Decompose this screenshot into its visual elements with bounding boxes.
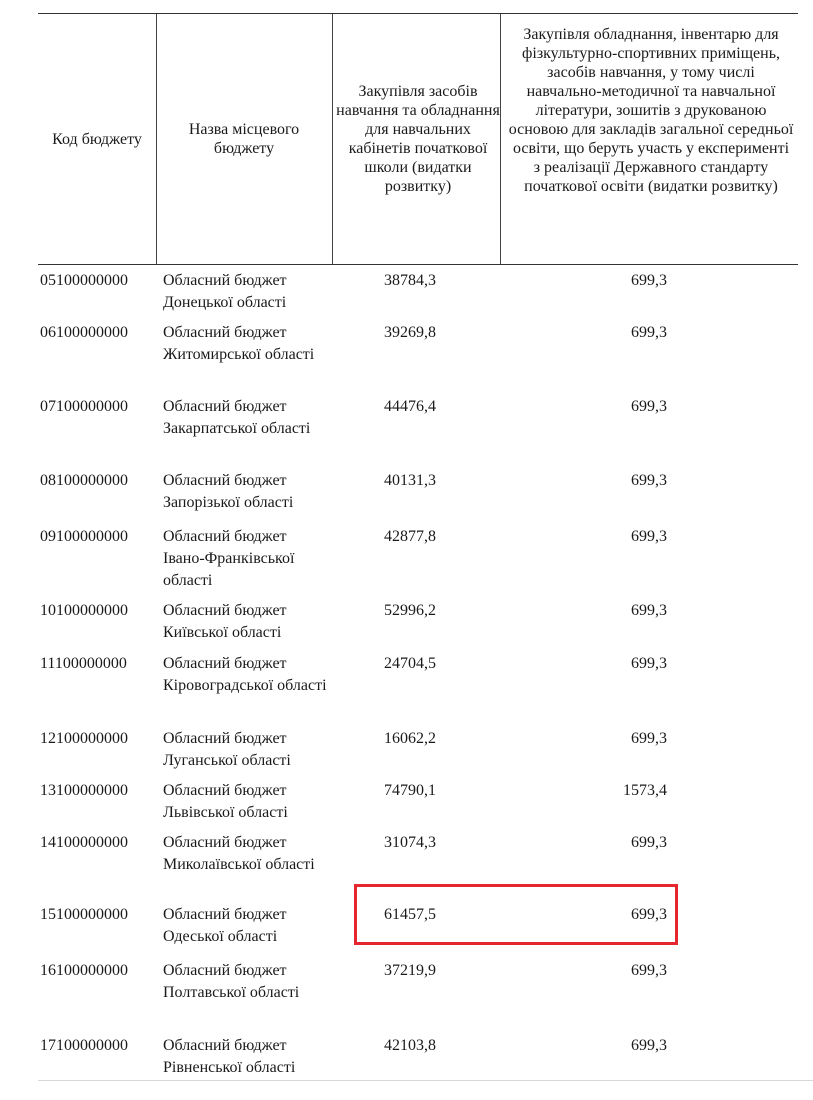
value-experiment: 1573,4 xyxy=(585,780,667,802)
budget-name: Обласний бюджет Миколаївської області xyxy=(163,832,328,876)
table-row: 08100000000 Обласний бюджет Запорізької … xyxy=(0,470,813,526)
table-row: 11100000000 Обласний бюджет Кіровоградсь… xyxy=(0,653,813,728)
scan-bottom-edge xyxy=(38,1080,813,1081)
table-row: 05100000000 Обласний бюджет Донецької об… xyxy=(0,270,813,322)
budget-code: 05100000000 xyxy=(40,270,128,292)
budget-code: 07100000000 xyxy=(40,396,128,418)
column-divider xyxy=(500,14,501,264)
value-experiment: 699,3 xyxy=(585,653,667,675)
budget-name: Обласний бюджет Луганської області xyxy=(163,728,328,772)
table-header: Код бюджету Назва місцевого бюджету Заку… xyxy=(38,14,798,264)
value-primary-school: 74790,1 xyxy=(384,780,436,802)
header-budget-name: Назва місцевого бюджету xyxy=(156,14,332,264)
budget-name: Обласний бюджет Рівненської області xyxy=(163,1035,328,1079)
budget-code: 17100000000 xyxy=(40,1035,128,1057)
value-experiment: 699,3 xyxy=(585,396,667,418)
value-experiment: 699,3 xyxy=(585,1035,667,1057)
table-row: 06100000000 Обласний бюджет Житомирської… xyxy=(0,322,813,396)
budget-name: Обласний бюджет Закарпатської області xyxy=(163,396,328,440)
budget-code: 14100000000 xyxy=(40,832,128,854)
value-primary-school: 38784,3 xyxy=(384,270,436,292)
budget-name: Обласний бюджет Житомирської області xyxy=(163,322,328,366)
value-primary-school: 16062,2 xyxy=(384,728,436,750)
table-row: 07100000000 Обласний бюджет Закарпатсько… xyxy=(0,396,813,470)
budget-code: 08100000000 xyxy=(40,470,128,492)
document-page: Код бюджету Назва місцевого бюджету Заку… xyxy=(0,0,813,1100)
table-row: 09100000000 Обласний бюджет Івано-Франкі… xyxy=(0,526,813,600)
header-primary-school-equipment: Закупівля засобів навчання та обладнання… xyxy=(332,14,504,264)
budget-code: 06100000000 xyxy=(40,322,128,344)
budget-name: Обласний бюджет Івано-Франківської облас… xyxy=(163,526,328,592)
budget-code: 10100000000 xyxy=(40,600,128,622)
value-primary-school: 37219,9 xyxy=(384,960,436,982)
budget-code: 11100000000 xyxy=(40,653,127,675)
budget-name: Обласний бюджет Київської області xyxy=(163,600,328,644)
value-experiment: 699,3 xyxy=(585,832,667,854)
table-row: 10100000000 Обласний бюджет Київської об… xyxy=(0,600,813,653)
budget-code: 09100000000 xyxy=(40,526,128,548)
header-sports-equipment-experiment: Закупівля обладнання, інвентарю для фізк… xyxy=(504,14,798,264)
budget-name: Обласний бюджет Львівської області xyxy=(163,780,328,824)
value-primary-school: 42103,8 xyxy=(384,1035,436,1057)
value-experiment: 699,3 xyxy=(585,526,667,548)
budget-name: Обласний бюджет Кіровоградської області xyxy=(163,653,328,697)
value-primary-school: 40131,3 xyxy=(384,470,436,492)
budget-code: 15100000000 xyxy=(40,904,128,926)
budget-name: Обласний бюджет Запорізької області xyxy=(163,470,328,514)
value-primary-school: 42877,8 xyxy=(384,526,436,548)
column-divider xyxy=(156,14,157,264)
value-experiment: 699,3 xyxy=(585,960,667,982)
header-bottom-rule xyxy=(38,264,798,265)
red-highlight-box xyxy=(354,884,678,945)
header-budget-code: Код бюджету xyxy=(38,14,156,264)
budget-name: Обласний бюджет Полтавської області xyxy=(163,960,328,1004)
budget-code: 12100000000 xyxy=(40,728,128,750)
value-experiment: 699,3 xyxy=(585,322,667,344)
value-primary-school: 44476,4 xyxy=(384,396,436,418)
value-primary-school: 52996,2 xyxy=(384,600,436,622)
table-row: 12100000000 Обласний бюджет Луганської о… xyxy=(0,728,813,780)
value-experiment: 699,3 xyxy=(585,600,667,622)
value-primary-school: 31074,3 xyxy=(384,832,436,854)
value-primary-school: 24704,5 xyxy=(384,653,436,675)
budget-code: 16100000000 xyxy=(40,960,128,982)
value-experiment: 699,3 xyxy=(585,270,667,292)
table-row: 13100000000 Обласний бюджет Львівської о… xyxy=(0,780,813,832)
value-experiment: 699,3 xyxy=(585,470,667,492)
budget-name: Обласний бюджет Одеської області xyxy=(163,904,328,948)
column-divider xyxy=(332,14,333,264)
table-row: 16100000000 Обласний бюджет Полтавської … xyxy=(0,960,813,1035)
table-body: 05100000000 Обласний бюджет Донецької об… xyxy=(0,270,813,1087)
budget-name: Обласний бюджет Донецької області xyxy=(163,270,328,314)
value-primary-school: 39269,8 xyxy=(384,322,436,344)
budget-code: 13100000000 xyxy=(40,780,128,802)
value-experiment: 699,3 xyxy=(585,728,667,750)
